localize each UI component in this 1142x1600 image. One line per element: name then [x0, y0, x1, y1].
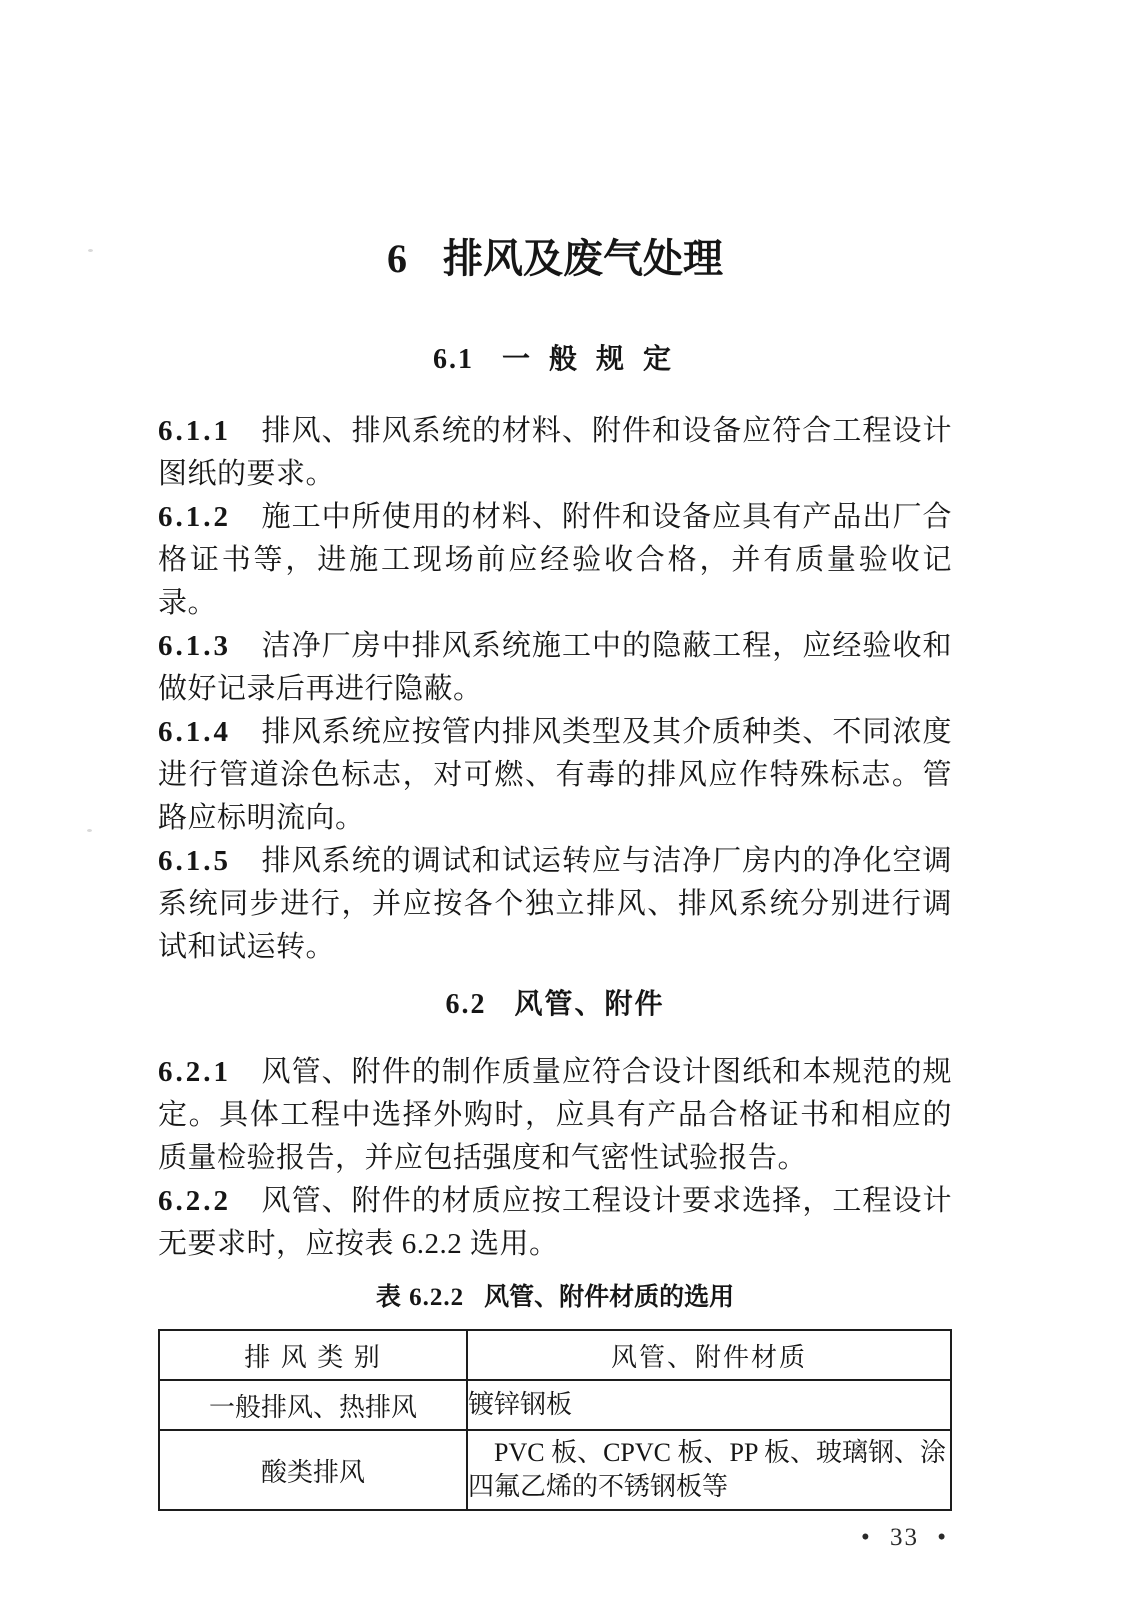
- table-row: 一般排风、热排风 镀锌钢板: [159, 1380, 951, 1430]
- table-header-material: 风管、附件材质: [467, 1330, 951, 1380]
- section-6-1-clauses: 6.1.1排风、排风系统的材料、附件和设备应符合工程设计图纸的要求。 6.1.2…: [158, 410, 952, 969]
- cell-material: PVC 板、CPVC 板、PP 板、玻璃钢、涂四氟乙烯的不锈钢板等: [467, 1430, 951, 1510]
- clause-text: 排风系统的调试和试运转应与洁净厂房内的净化空调系统同步进行，并应按各个独立排风、…: [158, 845, 952, 963]
- clause-6-2-1: 6.2.1风管、附件的制作质量应符合设计图纸和本规范的规定。具体工程中选择外购时…: [158, 1051, 952, 1180]
- clause-6-1-4: 6.1.4排风系统应按管内排风类型及其介质种类、不同浓度进行管道涂色标志，对可燃…: [158, 711, 952, 840]
- section-heading-6-2: 6.2风管、附件: [158, 985, 952, 1025]
- table-caption: 表 6.2.2风管、附件材质的选用: [158, 1282, 952, 1314]
- table-caption-label: 表 6.2.2: [376, 1284, 464, 1311]
- cell-category: 酸类排风: [159, 1430, 467, 1510]
- clause-6-1-2: 6.1.2施工中所使用的材料、附件和设备应具有产品出厂合格证书等，进施工现场前应…: [158, 496, 952, 625]
- scan-artifact: [88, 249, 93, 252]
- table-header-row: 排 风 类 别 风管、附件材质: [159, 1330, 951, 1380]
- chapter-number: 6: [387, 236, 407, 281]
- clause-6-2-2: 6.2.2风管、附件的材质应按工程设计要求选择，工程设计无要求时，应按表 6.2…: [158, 1180, 952, 1266]
- table-row: 酸类排风 PVC 板、CPVC 板、PP 板、玻璃钢、涂四氟乙烯的不锈钢板等: [159, 1430, 951, 1510]
- clause-number: 6.2.1: [158, 1056, 231, 1088]
- clause-number: 6.1.5: [158, 845, 231, 877]
- section-6-2-clauses: 6.2.1风管、附件的制作质量应符合设计图纸和本规范的规定。具体工程中选择外购时…: [158, 1051, 952, 1266]
- clause-number: 6.1.3: [158, 630, 231, 662]
- chapter-title: 6排风及废气处理: [158, 234, 952, 284]
- page-content: 6排风及废气处理 6.1一 般 规 定 6.1.1排风、排风系统的材料、附件和设…: [158, 0, 952, 1552]
- section-title-text: 风管、附件: [514, 989, 664, 1020]
- clause-text: 风管、附件的材质应按工程设计要求选择，工程设计无要求时，应按表 6.2.2 选用…: [158, 1185, 952, 1260]
- section-number: 6.1: [433, 344, 474, 375]
- chapter-title-text: 排风及废气处理: [443, 236, 723, 281]
- clause-number: 6.2.2: [158, 1185, 231, 1217]
- section-heading-6-1: 6.1一 般 规 定: [158, 340, 952, 380]
- clause-6-1-1: 6.1.1排风、排风系统的材料、附件和设备应符合工程设计图纸的要求。: [158, 410, 952, 496]
- clause-number: 6.1.2: [158, 501, 231, 533]
- clause-text: 施工中所使用的材料、附件和设备应具有产品出厂合格证书等，进施工现场前应经验收合格…: [158, 501, 952, 619]
- cell-category: 一般排风、热排风: [159, 1380, 467, 1430]
- clause-text: 洁净厂房中排风系统施工中的隐蔽工程，应经验收和做好记录后再进行隐蔽。: [158, 630, 952, 705]
- clause-6-1-5: 6.1.5排风系统的调试和试运转应与洁净厂房内的净化空调系统同步进行，并应按各个…: [158, 840, 952, 969]
- clause-number: 6.1.1: [158, 415, 231, 447]
- clause-text: 排风、排风系统的材料、附件和设备应符合工程设计图纸的要求。: [158, 415, 952, 490]
- clause-text: 排风系统应按管内排风类型及其介质种类、不同浓度进行管道涂色标志，对可燃、有毒的排…: [158, 716, 952, 834]
- cell-material: 镀锌钢板: [467, 1380, 951, 1430]
- scan-artifact: [87, 829, 92, 832]
- table-header-category: 排 风 类 别: [159, 1330, 467, 1380]
- section-number: 6.2: [445, 989, 486, 1020]
- page-number: • 33 •: [158, 1524, 952, 1552]
- section-title-text: 一 般 规 定: [502, 344, 677, 375]
- clause-6-1-3: 6.1.3洁净厂房中排风系统施工中的隐蔽工程，应经验收和做好记录后再进行隐蔽。: [158, 625, 952, 711]
- document-page: 6排风及废气处理 6.1一 般 规 定 6.1.1排风、排风系统的材料、附件和设…: [0, 0, 1142, 1600]
- clause-number: 6.1.4: [158, 716, 231, 748]
- clause-text: 风管、附件的制作质量应符合设计图纸和本规范的规定。具体工程中选择外购时，应具有产…: [158, 1056, 952, 1174]
- materials-table: 排 风 类 别 风管、附件材质 一般排风、热排风 镀锌钢板 酸类排风 PVC 板…: [158, 1329, 952, 1511]
- table-caption-title: 风管、附件材质的选用: [484, 1284, 734, 1311]
